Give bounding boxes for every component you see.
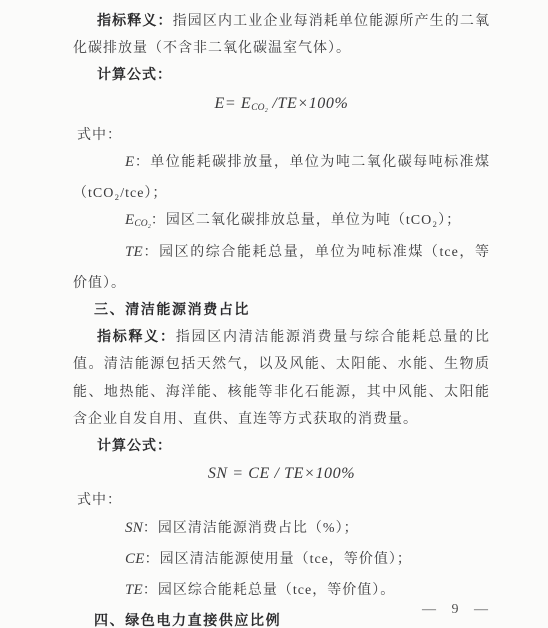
term-variable: E <box>125 154 134 170</box>
formula-lhs: E <box>215 95 225 112</box>
term-variable: E <box>125 212 134 228</box>
term-description: ：园区清洁能源消费占比（%）； <box>143 521 359 536</box>
formula-variable-subscript: CO₂ <box>251 103 268 113</box>
formula-term-SN: SN：园区清洁能源消费占比（%）； <box>73 515 490 546</box>
clean-energy-share-formula: SN = CE / TE×100% <box>73 460 490 487</box>
indicator-definition-paragraph: 指标释义：指园区内清洁能源消费量与综合能耗总量的比值。清洁能源包括天然气，以及风… <box>73 324 490 433</box>
term-description: ：园区综合能耗总量（tce，等价值）。 <box>143 583 395 598</box>
term-variable: TE <box>125 244 143 260</box>
term-description: ：单位能耗碳排放量，单位为吨二氧化碳每吨标准煤（tCO₂/tce）； <box>73 155 490 201</box>
formula-term-TE: TE：园区的综合能耗总量，单位为吨标准煤（tce，等价值）。 <box>73 239 490 297</box>
where-label: 式中： <box>77 128 122 143</box>
term-description: ：园区二氧化碳排放总量，单位为吨（tCO₂）； <box>151 213 461 228</box>
formula-variable: E <box>241 95 251 112</box>
where-clause: 式中： <box>73 122 490 149</box>
formula-term-CE: CE：园区清洁能源使用量（tce，等价值）； <box>73 546 490 577</box>
term-variable: CE <box>125 551 145 567</box>
formula-term-ECO2: ECO₂：园区二氧化碳排放总量，单位为吨（tCO₂）； <box>73 207 490 238</box>
page-number: — 9 — <box>422 602 490 618</box>
formula-expression: SN = CE / TE×100% <box>208 465 355 482</box>
term-variable: TE <box>125 582 143 598</box>
scanned-document-page: 指标释义：指园区内工业企业每消耗单位能源所产生的二氧化碳排放量（不含非二氧化碳温… <box>0 0 548 628</box>
section-heading-clean-energy-share: 三、清洁能源消费占比 <box>73 297 490 324</box>
carbon-intensity-formula: E= ECO₂ /TE×100% <box>73 90 490 122</box>
formula-label: 计算公式： <box>97 68 172 83</box>
definition-label: 指标释义： <box>97 14 173 29</box>
where-label: 式中： <box>77 493 122 508</box>
document-text-block: 指标释义：指园区内工业企业每消耗单位能源所产生的二氧化碳排放量（不含非二氧化碳温… <box>73 8 490 628</box>
formula-equals: = <box>225 95 241 112</box>
term-variable-subscript: CO₂ <box>134 219 151 229</box>
formula-term-E: E：单位能耗碳排放量，单位为吨二氧化碳每吨标准煤（tCO₂/tce）； <box>73 149 490 207</box>
term-description: ：园区清洁能源使用量（tce，等价值）； <box>145 552 412 567</box>
indicator-definition-paragraph: 指标释义：指园区内工业企业每消耗单位能源所产生的二氧化碳排放量（不含非二氧化碳温… <box>73 8 490 62</box>
formula-label: 计算公式： <box>97 439 172 454</box>
formula-rest: /TE×100% <box>268 95 349 112</box>
where-clause: 式中： <box>73 487 490 514</box>
definition-label: 指标释义： <box>97 330 176 345</box>
formula-label-line: 计算公式： <box>73 62 490 89</box>
formula-label-line: 计算公式： <box>73 433 490 460</box>
term-variable: SN <box>125 520 143 536</box>
